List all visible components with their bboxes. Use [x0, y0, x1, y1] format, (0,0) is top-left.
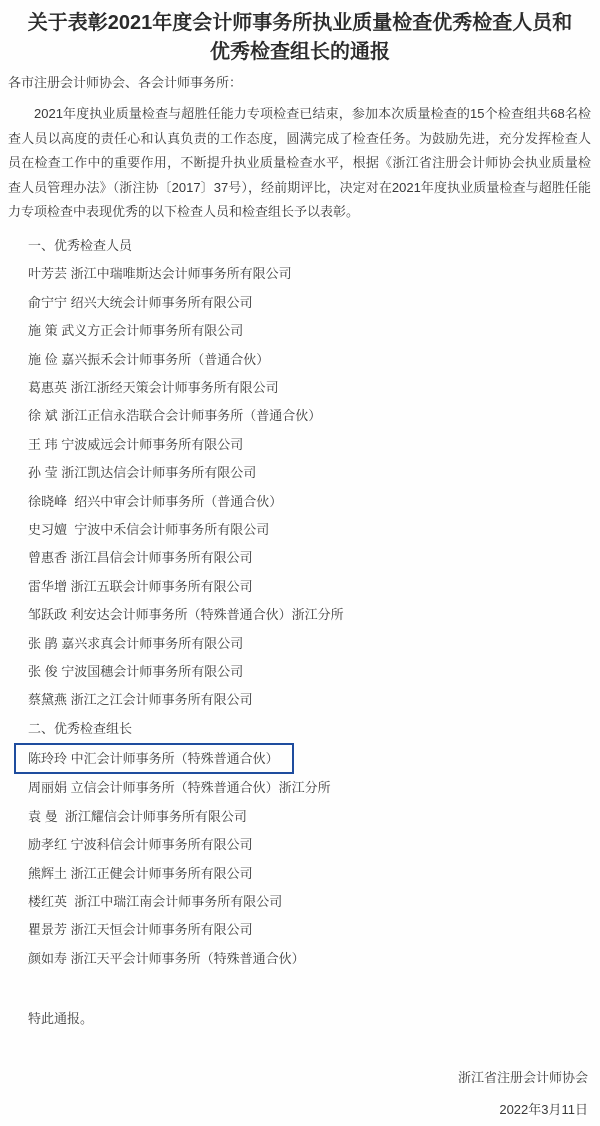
- award-list-item: 张 俊 宁波国穗会计师事务所有限公司: [28, 658, 600, 686]
- award-list-item: 张 鹃 嘉兴求真会计师事务所有限公司: [28, 630, 600, 658]
- section-heading-1: 一、优秀检查人员: [28, 232, 600, 260]
- award-list-item: 袁 曼 浙江耀信会计师事务所有限公司: [28, 803, 600, 831]
- page-title: 关于表彰2021年度会计师事务所执业质量检查优秀检查人员和优秀检查组长的通报: [0, 0, 600, 67]
- award-list-item: 孙 莹 浙江凯达信会计师事务所有限公司: [28, 459, 600, 487]
- issuer-signature: 浙江省注册会计师协会: [0, 1068, 600, 1088]
- award-list-item: 徐晓峰 绍兴中审会计师事务所（普通合伙）: [28, 488, 600, 516]
- award-list-item: 曾惠香 浙江昌信会计师事务所有限公司: [28, 544, 600, 572]
- salutation-line: 各市注册会计师协会、各会计师事务所：: [0, 73, 600, 93]
- section-heading-2: 二、优秀检查组长: [28, 715, 600, 743]
- award-list-item: 叶芳芸 浙江中瑞唯斯达会计师事务所有限公司: [28, 260, 600, 288]
- award-list-item: 雷华增 浙江五联会计师事务所有限公司: [28, 573, 600, 601]
- highlighted-item-box: 陈玲玲 中汇会计师事务所（特殊普通合伙）: [14, 743, 294, 774]
- award-list-item: 励孝红 宁波科信会计师事务所有限公司: [28, 831, 600, 859]
- award-list-item: 施 俭 嘉兴振禾会计师事务所（普通合伙）: [28, 346, 600, 374]
- award-list-item: 邹跃政 利安达会计师事务所（特殊普通合伙）浙江分所: [28, 601, 600, 629]
- award-list-item: 颜如寿 浙江天平会计师事务所（特殊普通合伙）: [28, 945, 600, 973]
- award-list-item: 瞿景芳 浙江天恒会计师事务所有限公司: [28, 916, 600, 944]
- award-list-item: 葛惠英 浙江浙经天策会计师事务所有限公司: [28, 374, 600, 402]
- award-list-item: 俞宁宁 绍兴大统会计师事务所有限公司: [28, 289, 600, 317]
- award-list-item: 蔡黛燕 浙江之江会计师事务所有限公司: [28, 686, 600, 714]
- notice-document: 关于表彰2021年度会计师事务所执业质量检查优秀检查人员和优秀检查组长的通报 各…: [0, 0, 600, 1126]
- award-list-item: 王 玮 宁波威远会计师事务所有限公司: [28, 431, 600, 459]
- closing-line: 特此通报。: [0, 1009, 600, 1029]
- award-list-item: 熊辉土 浙江正健会计师事务所有限公司: [28, 860, 600, 888]
- award-lists: 一、优秀检查人员 叶芳芸 浙江中瑞唯斯达会计师事务所有限公司 俞宁宁 绍兴大统会…: [0, 232, 600, 973]
- award-list-item: 史习嬗 宁波中禾信会计师事务所有限公司: [28, 516, 600, 544]
- award-list-item-highlighted: 陈玲玲 中汇会计师事务所（特殊普通合伙）: [28, 743, 600, 774]
- award-list-item: 楼红英 浙江中瑞江南会计师事务所有限公司: [28, 888, 600, 916]
- award-list-item: 周丽娟 立信会计师事务所（特殊普通合伙）浙江分所: [28, 774, 600, 802]
- award-list-item: 徐 斌 浙江正信永浩联合会计师事务所（普通合伙）: [28, 402, 600, 430]
- body-paragraph: 2021年度执业质量检查与超胜任能力专项检查已结束，参加本次质量检查的15个检查…: [0, 102, 600, 225]
- award-list-item: 施 策 武义方正会计师事务所有限公司: [28, 317, 600, 345]
- issue-date: 2022年3月11日: [0, 1100, 600, 1120]
